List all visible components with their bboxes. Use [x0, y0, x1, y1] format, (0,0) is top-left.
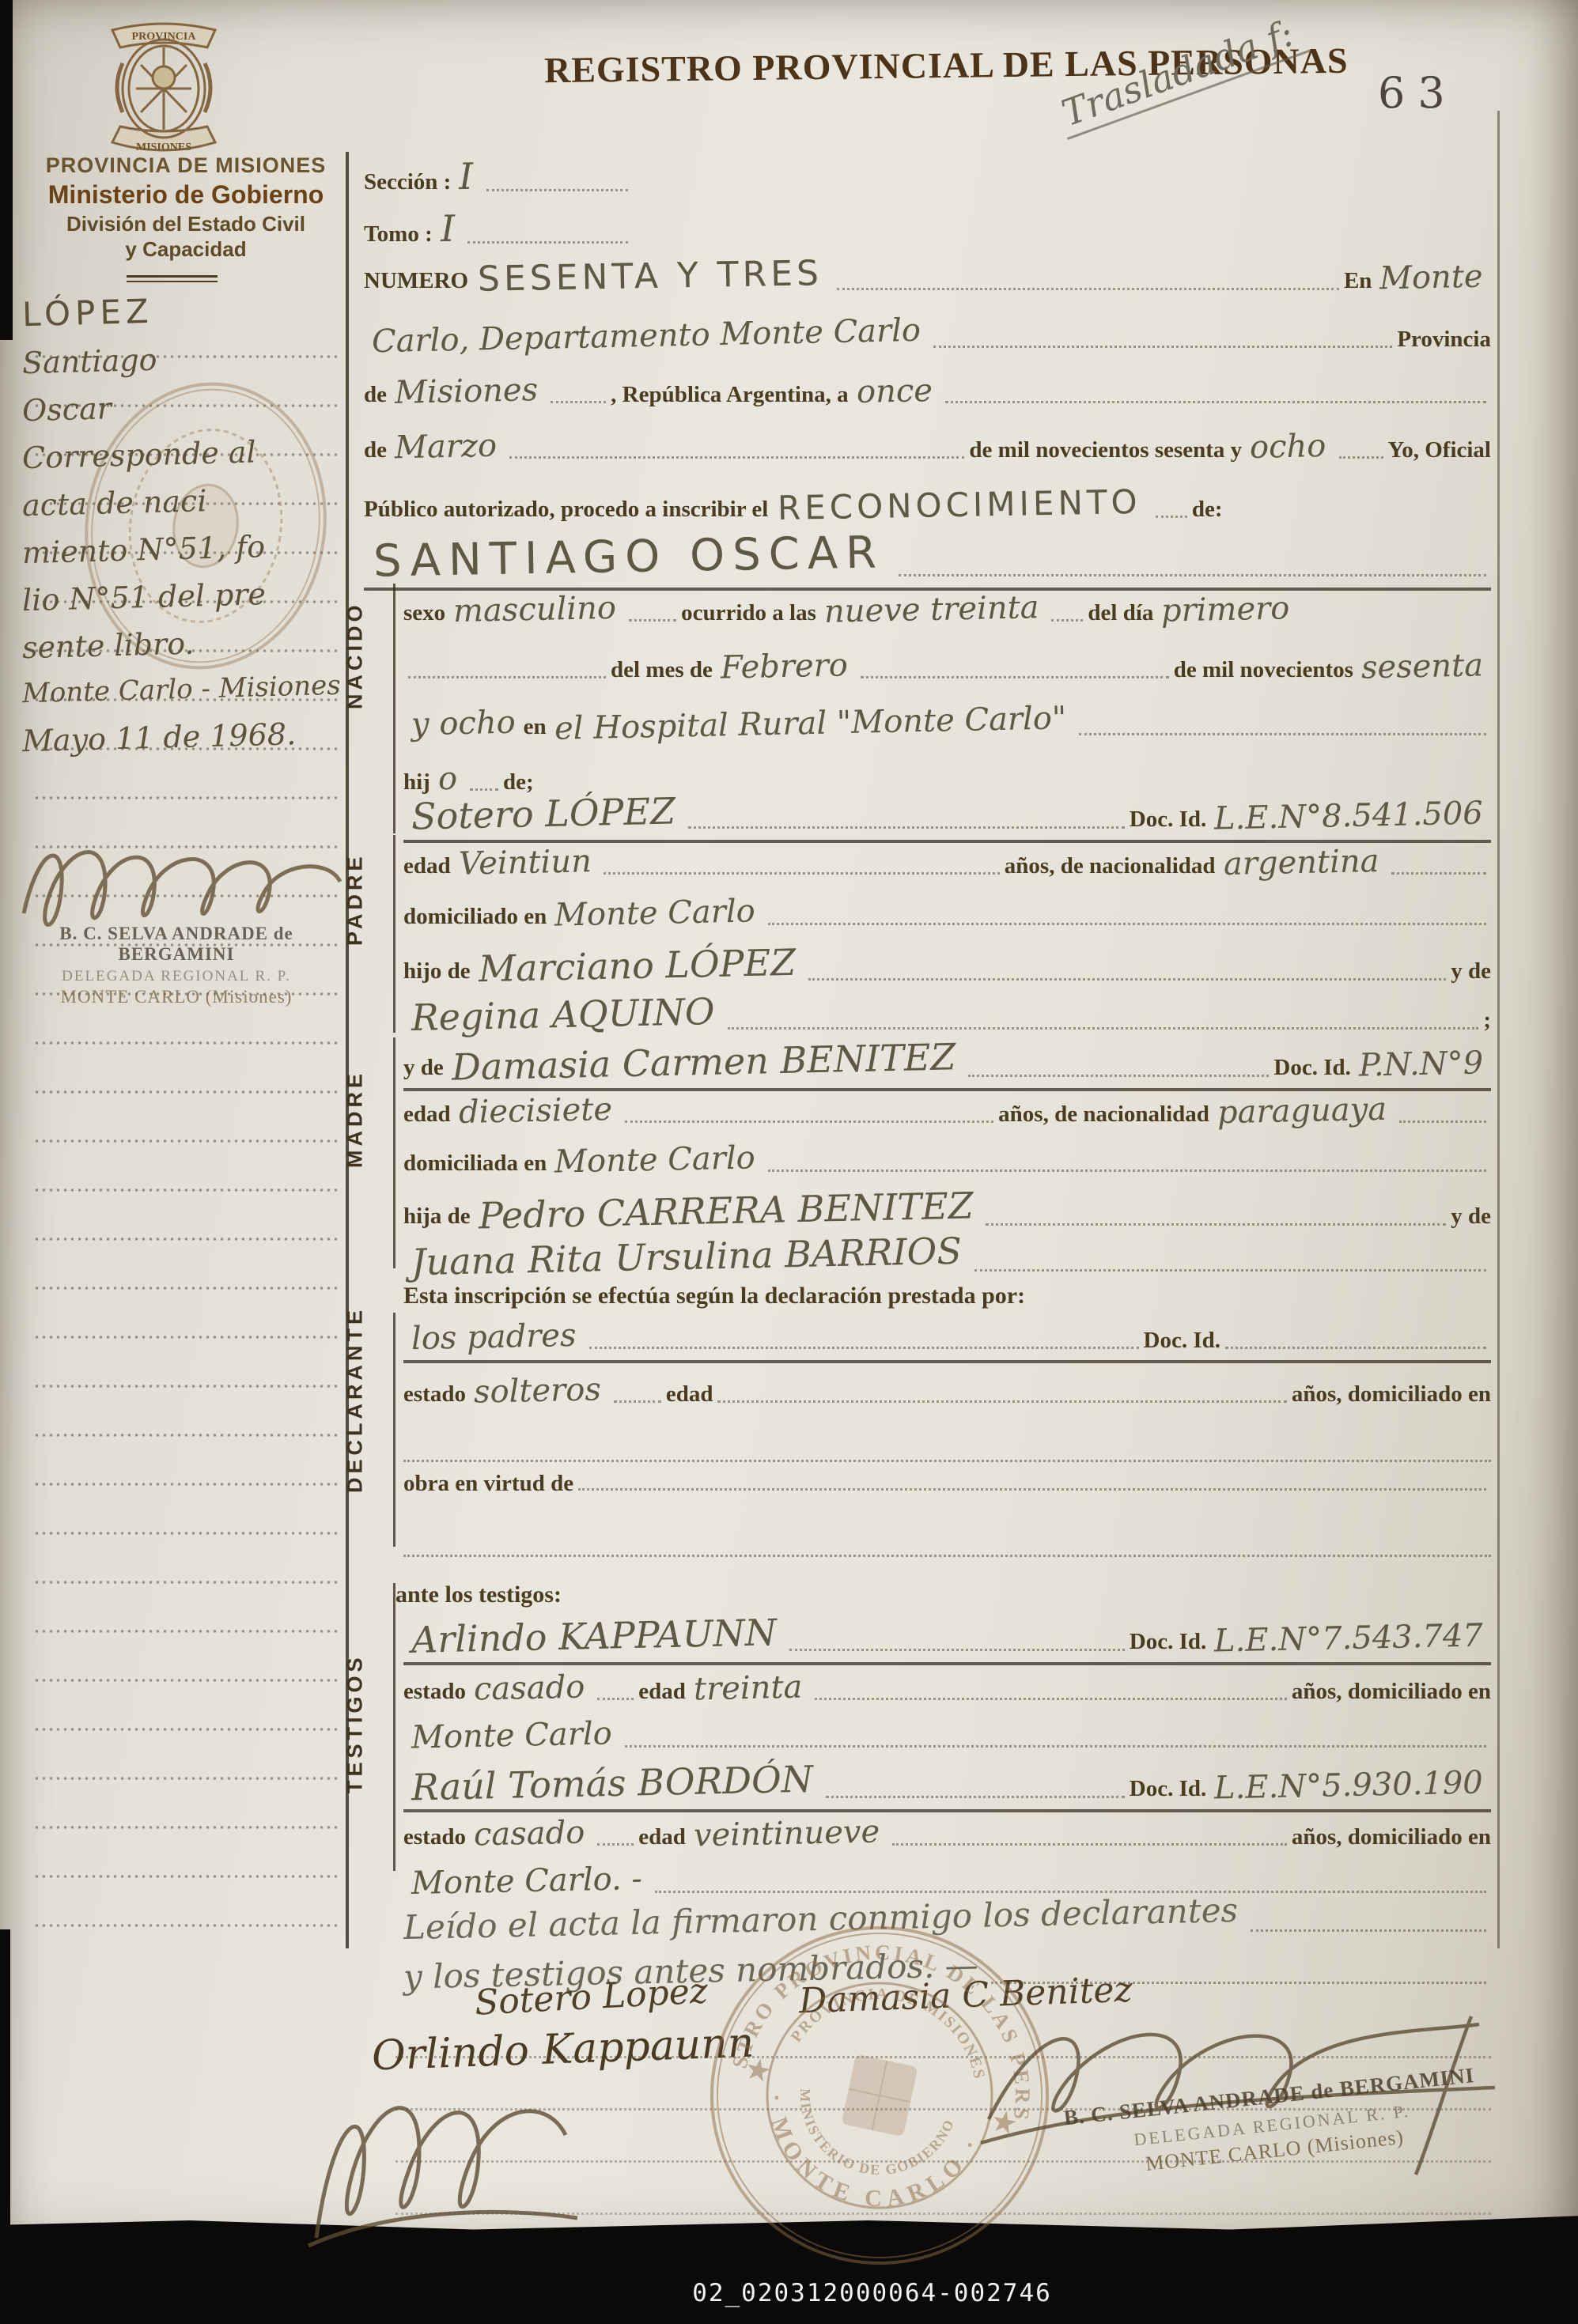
doc-id-label: Doc. Id.: [1130, 1629, 1206, 1655]
y-de-label: y de: [1451, 958, 1491, 984]
doc-id-label: Doc. Id.: [1130, 807, 1206, 833]
dotted-underline: [688, 826, 1125, 829]
madre-row-edad: edad diecisiete años, de nacionalidad pa…: [403, 1093, 1491, 1129]
seccion-label: Sección :: [364, 169, 451, 195]
margin-surname: LÓPEZ: [21, 287, 339, 334]
anio-value: ocho: [1250, 428, 1326, 466]
anios-domiciliado-label: años, domiciliado en: [1292, 1381, 1491, 1408]
tomo-label: Tomo :: [364, 221, 433, 248]
provincia-label: Provincia: [1397, 327, 1491, 353]
nacido-row-padre-nombre: Sotero LÓPEZ Doc. Id. L.E.N°8.541.506: [403, 792, 1491, 843]
letterhead-divider: [127, 275, 218, 282]
dotted-underline: [789, 1649, 1125, 1651]
nacionalidad-value: argentina: [1223, 843, 1379, 882]
registry-document-page: PROVINCIA MISIONES PROVINCIA DE MISIONES…: [0, 0, 1578, 2324]
doc-id-label: Doc. Id.: [1144, 1328, 1220, 1354]
field-numero: NUMERO SESENTA Y TRES En Monte: [364, 256, 1491, 297]
dotted-underline: [1079, 733, 1486, 735]
anio-value: sesenta: [1360, 647, 1483, 686]
en-label: en: [524, 714, 547, 740]
dotted-underline: [1399, 1120, 1486, 1123]
testigo2-row-estado: estado casado edad veintinueve años, dom…: [403, 1816, 1491, 1852]
section-label-nacido: NACIDO: [342, 588, 369, 723]
madre-doc-value: P.N.N°9: [1358, 1045, 1483, 1083]
provincia-value: Misiones: [395, 372, 539, 411]
dotted-underline: [1339, 456, 1383, 459]
nacionalidad-label: años, de nacionalidad: [1005, 853, 1216, 879]
bracket-madre: [393, 1037, 395, 1268]
nacido-row-mes: del mes de Febrero de mil novecientos se…: [403, 648, 1491, 685]
y-de-label: y de: [1451, 1204, 1491, 1230]
madre-nombre-value: Damasia Carmen BENITEZ: [451, 1035, 956, 1088]
dotted-underline: [1051, 619, 1083, 622]
section-label-madre: MADRE: [342, 1052, 369, 1186]
padre-row-abuelo: hijo de Marciano LÓPEZ y de: [403, 944, 1491, 987]
empty-field-line: [403, 1555, 1491, 1557]
sexo-value: masculino: [453, 590, 617, 629]
testigo2-domicilio-value: Monte Carlo. -: [411, 1861, 643, 1902]
punto-label: ;: [1483, 1007, 1491, 1034]
hora-value: nueve treinta: [823, 589, 1039, 630]
de-label: de:: [1192, 497, 1223, 523]
edad-label: edad: [403, 853, 451, 879]
dotted-underline: [826, 1796, 1125, 1798]
dotted-underline: [551, 401, 606, 403]
nacionalidad-value: paraguaya: [1217, 1091, 1387, 1131]
departamento-value: Carlo, Departamento Monte Carlo: [372, 312, 921, 361]
madre-row-nombre: y de Damasia Carmen BENITEZ Doc. Id. P.N…: [403, 1041, 1491, 1091]
testigo1-domicilio-value: Monte Carlo: [411, 1715, 613, 1755]
dotted-underline: [625, 1120, 994, 1123]
scan-edge-bottom-left: [0, 1929, 10, 2269]
publico-label: Público autorizado, procedo a inscribir …: [364, 497, 768, 523]
declarante-row-quien: los padres Doc. Id.: [403, 1319, 1491, 1363]
estado-label: estado: [403, 1824, 466, 1850]
en-label: En: [1344, 268, 1372, 294]
yo-oficial-label: Yo, Oficial: [1388, 437, 1492, 463]
anios-domiciliado-label: años, domiciliado en: [1292, 1824, 1491, 1850]
testigo2-doc-value: L.E.N°5.930.190: [1214, 1764, 1484, 1806]
bracket-nacido: [393, 584, 395, 833]
lugar-value: el Hospital Rural "Monte Carlo": [554, 700, 1066, 747]
margin-official-role: DELEGADA REGIONAL R. P.: [14, 968, 339, 985]
dotted-underline: [768, 923, 1486, 925]
scan-edge-top-left: [0, 0, 13, 340]
dotted-underline: [968, 1075, 1269, 1077]
dotted-underline: [509, 456, 964, 459]
y-de-label: y de: [403, 1055, 444, 1081]
illegible-signature-scribble: [293, 2048, 593, 2269]
abuela-materna-value: Juana Rita Ursulina BARRIOS: [411, 1230, 963, 1284]
empty-field-line: [403, 1460, 1491, 1462]
estado-label: estado: [403, 1679, 466, 1705]
emblem-top-text: PROVINCIA: [132, 31, 197, 43]
sexo-label: sexo: [403, 600, 445, 626]
margin-official-stamp-text: B. C. SELVA ANDRADE de BERGAMINI DELEGAD…: [14, 924, 339, 1007]
field-mes-anio: de Marzo de mil novecientos sesenta y oc…: [364, 429, 1491, 465]
dotted-underline: [815, 1698, 1287, 1700]
field-provincia-fecha: de Misiones , República Argentina, a onc…: [364, 373, 1491, 410]
testigo2-row-nombre: Raúl Tomás BORDÓN Doc. Id. L.E.N°5.930.1…: [403, 1762, 1491, 1812]
testigo1-nombre-value: Arlindo KAPPAUNN: [411, 1611, 777, 1661]
padre-doc-value: L.E.N°8.541.506: [1214, 795, 1484, 837]
page-number: 63: [1378, 68, 1458, 118]
dotted-underline: [768, 1170, 1486, 1172]
dotted-underline: [597, 1698, 634, 1700]
testigo1-estado-value: casado: [473, 1669, 585, 1708]
dotted-underline: [837, 288, 1339, 290]
dotted-underline: [467, 241, 628, 244]
doc-id-label: Doc. Id.: [1130, 1776, 1206, 1802]
inscribed-name-value: SANTIAGO OSCAR: [373, 527, 884, 587]
testigo1-edad-value: treinta: [693, 1669, 802, 1708]
anio-label: de mil novecientos: [1174, 657, 1353, 683]
dotted-underline: [604, 872, 999, 875]
dotted-underline: [974, 1269, 1486, 1272]
seccion-value: I: [459, 155, 474, 198]
bracket-testigos: [393, 1583, 395, 1871]
testigo1-doc-value: L.E.N°7.543.747: [1214, 1617, 1484, 1659]
mes-value: Marzo: [395, 428, 498, 467]
declarante-row-obra: obra en virtud de: [403, 1471, 1491, 1497]
provincia-misiones-coat-of-arms-icon: PROVINCIA MISIONES: [89, 16, 239, 162]
abuela-paterna-value: Regina AQUINO: [411, 990, 715, 1039]
abuelo-materno-value: Pedro CARRERA BENITEZ: [478, 1184, 974, 1237]
testigos-heading: ante los testigos:: [395, 1581, 562, 1608]
edad-label: edad: [638, 1824, 686, 1850]
padre-row-domicilio: domiciliado en Monte Carlo: [403, 895, 1491, 931]
letterhead-division2: y Capacidad: [32, 237, 340, 262]
testigo2-nombre-value: Raúl Tomás BORDÓN: [411, 1758, 813, 1809]
dotted-underline: [597, 1843, 634, 1846]
abuelo-paterno-value: Marciano LÓPEZ: [478, 941, 796, 990]
field-departamento: Carlo, Departamento Monte Carlo Provinci…: [364, 318, 1491, 354]
letterhead-ministry: Ministerio de Gobierno: [32, 180, 340, 210]
domicilio-label: domiciliado en: [403, 904, 547, 930]
field-acto: Público autorizado, procedo a inscribir …: [364, 486, 1491, 524]
dotted-underline: [629, 619, 676, 622]
hijo-de-label: hijo de: [403, 958, 471, 984]
bracket-padre: [393, 835, 395, 1033]
madre-row-abuela: Juana Rita Ursulina BARRIOS: [403, 1235, 1491, 1278]
domicilio-label: domiciliada en: [403, 1151, 547, 1177]
obra-label: obra en virtud de: [403, 1471, 573, 1497]
dotted-underline: [1225, 1347, 1486, 1349]
letterhead-division: División del Estado Civil: [32, 212, 340, 236]
dotted-underline: [614, 1400, 661, 1403]
anios-domiciliado-label: años, domiciliado en: [1292, 1679, 1491, 1705]
edad-value: diecisiete: [458, 1091, 612, 1131]
dia-value: primero: [1161, 590, 1290, 629]
en-value: Monte: [1379, 259, 1483, 297]
anio-label: de mil novecientos sesenta y: [969, 437, 1242, 463]
madre-row-domicilio: domiciliada en Monte Carlo: [403, 1142, 1491, 1178]
dotted-underline: [408, 676, 606, 678]
padre-row-edad: edad Veintiun años, de nacionalidad arge…: [403, 845, 1491, 881]
nacido-row-lugar: y ocho en el Hospital Rural "Monte Carlo…: [403, 705, 1491, 742]
dotted-underline: [861, 676, 1169, 678]
dotted-underline: [933, 346, 1392, 348]
mes-value: Febrero: [720, 647, 848, 686]
declarante-value: los padres: [411, 1317, 577, 1357]
de-label: de: [364, 437, 387, 463]
emblem-bottom-text: MISIONES: [136, 142, 191, 153]
form-right-rule: [1497, 111, 1500, 1948]
dotted-underline: [945, 401, 1486, 403]
nacido-row-sexo: sexo masculino ocurrido a las nueve trei…: [403, 591, 1491, 628]
section-label-declarante: DECLARANTE: [342, 1289, 369, 1510]
dotted-underline: [728, 1027, 1479, 1030]
letterhead-org: PROVINCIA DE MISIONES: [32, 153, 340, 178]
dotted-underline: [808, 978, 1447, 981]
testigo2-edad-value: veintinueve: [693, 1814, 880, 1854]
margin-official-place: MONTE CARLO (Misiones): [14, 987, 339, 1007]
doc-id-label: Doc. Id.: [1273, 1055, 1350, 1081]
madre-row-abuelo: hija de Pedro CARRERA BENITEZ y de: [403, 1189, 1491, 1232]
margin-official-name: B. C. SELVA ANDRADE de BERGAMINI: [14, 924, 339, 965]
scan-code: 02_020312000064-002746: [166, 2279, 1578, 2307]
field-seccion: Sección : I: [364, 155, 633, 198]
field-tomo: Tomo : I: [364, 207, 633, 250]
dotted-underline: [470, 788, 498, 791]
dotted-underline: [1391, 872, 1486, 875]
section-label-padre: PADRE: [342, 840, 369, 958]
acto-value: RECONOCIMIENTO: [778, 482, 1141, 527]
edad-label: edad: [403, 1102, 451, 1128]
estado-label: estado: [403, 1381, 466, 1408]
declarante-heading: Esta inscripción se efectúa según la dec…: [403, 1283, 1025, 1309]
dia-value: once: [856, 372, 933, 410]
domicilio-value: Monte Carlo: [554, 893, 756, 933]
padre-nombre-value: Sotero LÓPEZ: [411, 790, 675, 838]
numero-value: SESENTA Y TRES: [478, 253, 823, 300]
domicilio-value: Monte Carlo: [554, 1139, 756, 1180]
dotted-underline: [486, 189, 628, 191]
testigo1-row-estado: estado casado edad treinta años, domicil…: [403, 1670, 1491, 1706]
edad-label: edad: [666, 1381, 713, 1408]
testigo2-row-domicilio: Monte Carlo. -: [403, 1863, 1491, 1899]
edad-value: Veintiun: [458, 843, 592, 882]
anio-value-2: y ocho: [411, 705, 517, 743]
hija-de-label: hija de: [403, 1204, 471, 1230]
numero-label: NUMERO: [364, 268, 468, 294]
dotted-underline: [1156, 516, 1187, 518]
dotted-underline: [717, 1400, 1286, 1403]
padre-row-abuela: Regina AQUINO ;: [403, 993, 1491, 1036]
dotted-underline: [892, 1843, 1287, 1846]
testigo1-row-domicilio: Monte Carlo: [403, 1717, 1491, 1754]
edad-label: edad: [638, 1679, 686, 1705]
dia-label: del día: [1088, 600, 1153, 626]
testigo2-estado-value: casado: [473, 1815, 585, 1854]
dotted-underline: [625, 1745, 1486, 1748]
dotted-underline: [1251, 1929, 1486, 1932]
mes-label: del mes de: [611, 657, 713, 683]
dotted-underline: [589, 1347, 1139, 1349]
dotted-underline: [899, 574, 1486, 576]
bracket-declarante: [393, 1313, 395, 1547]
declarante-row-estado: estado solteros edad años, domiciliado e…: [403, 1373, 1491, 1409]
estado-value: solteros: [473, 1371, 601, 1410]
republica-label: , República Argentina, a: [611, 382, 849, 408]
testigo1-row-nombre: Arlindo KAPPAUNN Doc. Id. L.E.N°7.543.74…: [403, 1615, 1491, 1665]
nacionalidad-label: años, de nacionalidad: [998, 1102, 1209, 1128]
hora-label: ocurrido a las: [681, 600, 816, 626]
dotted-underline: [578, 1488, 1486, 1491]
section-label-testigos: TESTIGOS: [342, 1629, 369, 1819]
tomo-value: I: [440, 207, 455, 250]
de-label: de: [364, 382, 387, 408]
field-inscribed-name: SANTIAGO OSCAR: [364, 531, 1491, 591]
dotted-underline: [986, 1223, 1446, 1226]
